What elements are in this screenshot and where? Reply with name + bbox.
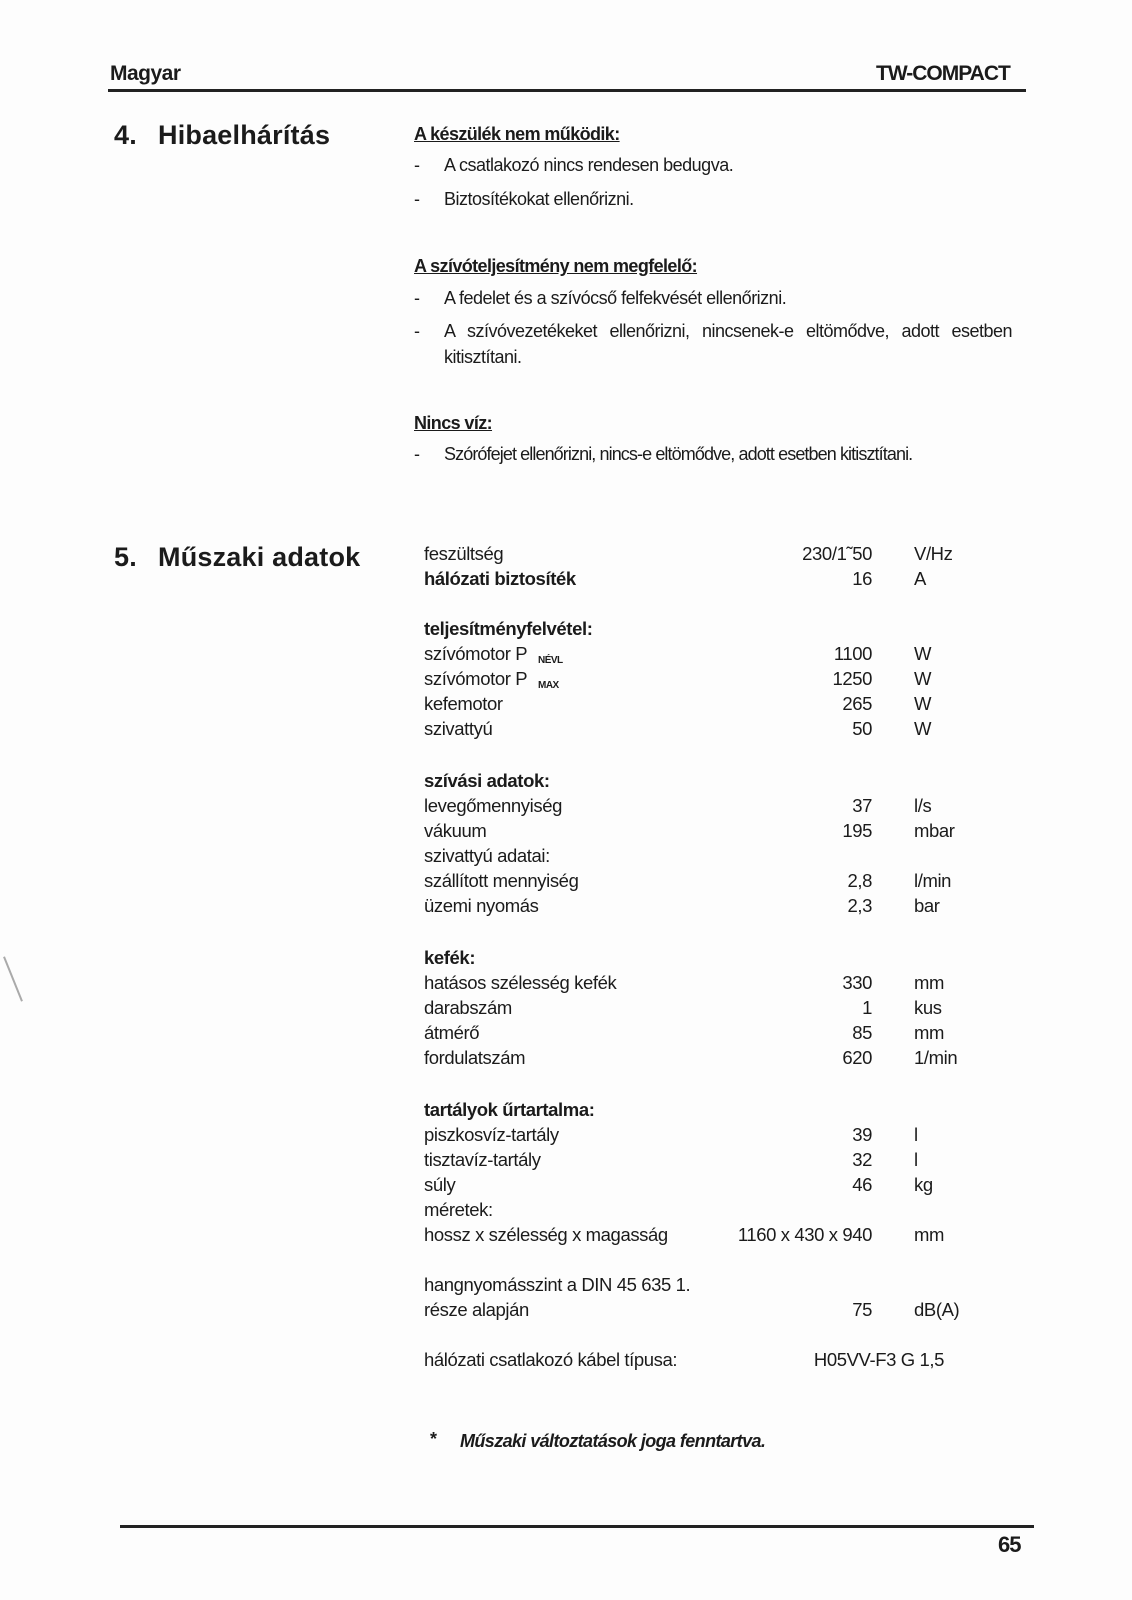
spec-label: kefék: — [424, 947, 475, 969]
spec-label: feszültség — [424, 543, 503, 565]
spec-value: 37 — [852, 795, 872, 817]
spec-row: tisztavíz-tartály32l — [424, 1149, 984, 1175]
spec-row: kefék: — [424, 947, 984, 973]
spec-unit: W — [914, 718, 931, 740]
spec-unit: l/s — [914, 795, 931, 817]
spec-unit: W — [914, 643, 931, 665]
spec-unit: mm — [914, 972, 944, 994]
spec-label: szivattyú — [424, 718, 492, 740]
spec-row: vákuum195mbar — [424, 820, 984, 846]
spec-label: része alapján — [424, 1299, 529, 1321]
spec-unit: W — [914, 668, 931, 690]
bullet-dash: - — [414, 152, 420, 178]
spec-label: teljesítményfelvétel: — [424, 618, 592, 640]
spec-label: méretek: — [424, 1199, 493, 1221]
bullet-dash: - — [414, 186, 420, 212]
section-4-title: 4.Hibaelhárítás — [114, 120, 330, 151]
troubleshoot-heading-1: A készülék nem működik: — [414, 124, 620, 145]
section-title-text: Műszaki adatok — [158, 542, 360, 572]
spec-value: 39 — [852, 1124, 872, 1146]
spec-unit: kg — [914, 1174, 933, 1196]
spec-label-subscript: NÉVL — [538, 655, 563, 666]
spec-unit: W — [914, 693, 931, 715]
spec-label: kefemotor — [424, 693, 503, 715]
footer-divider — [120, 1525, 1034, 1528]
spec-row: szívási adatok: — [424, 770, 984, 796]
spec-row: hatásos szélesség kefék330mm — [424, 972, 984, 998]
header-language: Magyar — [110, 62, 181, 86]
header-divider — [108, 89, 1026, 92]
section-number: 5. — [114, 542, 158, 573]
spec-label: levegőmennyiség — [424, 795, 562, 817]
spec-value: 1100 — [834, 643, 872, 665]
spec-row: szivattyú50W — [424, 718, 984, 744]
spec-label: szívási adatok: — [424, 770, 550, 792]
scan-artifact — [3, 956, 23, 1001]
spec-unit: l/min — [914, 870, 951, 892]
spec-unit: mm — [914, 1224, 944, 1246]
section-5-title: 5.Műszaki adatok — [114, 542, 360, 573]
section-title-text: Hibaelhárítás — [158, 120, 330, 150]
page-number: 65 — [998, 1532, 1020, 1558]
troubleshoot-heading-3: Nincs víz: — [414, 413, 492, 434]
spec-unit: l — [914, 1149, 918, 1171]
spec-value: 1160 x 430 x 940 — [738, 1224, 872, 1246]
spec-row: szívómotor PMAX1250W — [424, 668, 984, 694]
spec-label: szivattyú adatai: — [424, 845, 550, 867]
spec-label: hálózati biztosíték — [424, 568, 576, 590]
troubleshoot-heading-2: A szívóteljesítmény nem megfelelő: — [414, 256, 697, 277]
spec-value: 2,3 — [847, 895, 872, 917]
spec-value: 265 — [842, 693, 872, 715]
spec-unit: mm — [914, 1022, 944, 1044]
spec-unit: mbar — [914, 820, 955, 842]
spec-label: átmérő — [424, 1022, 479, 1044]
spec-row: hangnyomásszint a DIN 45 635 1. — [424, 1274, 984, 1300]
spec-label: szívómotor P — [424, 643, 527, 665]
spec-row: kefemotor265W — [424, 693, 984, 719]
spec-label: tisztavíz-tartály — [424, 1149, 541, 1171]
spec-label: vákuum — [424, 820, 486, 842]
spec-unit: kus — [914, 997, 942, 1019]
spec-value: 16 — [852, 568, 872, 590]
spec-value: 2,8 — [847, 870, 872, 892]
spec-label: hangnyomásszint a DIN 45 635 1. — [424, 1274, 690, 1296]
spec-unit: A — [914, 568, 926, 590]
spec-value: 330 — [842, 972, 872, 994]
spec-label: hálózati csatlakozó kábel típusa: — [424, 1349, 677, 1371]
spec-row: fordulatszám6201/min — [424, 1047, 984, 1073]
spec-row: üzemi nyomás2,3bar — [424, 895, 984, 921]
spec-value: 50 — [852, 718, 872, 740]
spec-label: szállított mennyiség — [424, 870, 578, 892]
spec-value: 230/1˜50 — [802, 543, 872, 565]
bullet-dash: - — [414, 441, 420, 467]
spec-row: része alapján75dB(A) — [424, 1299, 984, 1325]
spec-row: piszkosvíz-tartály39l — [424, 1124, 984, 1150]
spec-unit: l — [914, 1124, 918, 1146]
spec-value: 1 — [862, 997, 872, 1019]
spec-row: tartályok űrtartalma: — [424, 1099, 984, 1125]
spec-label: piszkosvíz-tartály — [424, 1124, 559, 1146]
spec-label: üzemi nyomás — [424, 895, 538, 917]
bullet-dash: - — [414, 285, 420, 311]
spec-row: hálózati csatlakozó kábel típusa:H05VV-F… — [424, 1349, 984, 1375]
spec-value: 75 — [852, 1299, 872, 1321]
spec-label: darabszám — [424, 997, 512, 1019]
spec-row: súly46kg — [424, 1174, 984, 1200]
spec-row: teljesítményfelvétel: — [424, 618, 984, 644]
spec-row: hálózati biztosíték16A — [424, 568, 984, 594]
spec-value: 85 — [852, 1022, 872, 1044]
spec-value: 620 — [842, 1047, 872, 1069]
spec-unit: bar — [914, 895, 940, 917]
spec-label: hossz x szélesség x magasság — [424, 1224, 668, 1246]
spec-label: szívómotor P — [424, 668, 527, 690]
spec-label: hatásos szélesség kefék — [424, 972, 616, 994]
spec-label: fordulatszám — [424, 1047, 525, 1069]
spec-row: méretek: — [424, 1199, 984, 1225]
spec-row: levegőmennyiség37l/s — [424, 795, 984, 821]
bullet-dash: - — [414, 318, 420, 344]
spec-unit: 1/min — [914, 1047, 957, 1069]
spec-label: tartályok űrtartalma: — [424, 1099, 595, 1121]
spec-row: darabszám1kus — [424, 997, 984, 1023]
footnote-marker: * — [430, 1429, 436, 1450]
spec-value: 195 — [842, 820, 872, 842]
spec-row: feszültség230/1˜50V/Hz — [424, 543, 984, 569]
spec-label-subscript: MAX — [538, 680, 559, 691]
section-number: 4. — [114, 120, 158, 151]
spec-label: súly — [424, 1174, 455, 1196]
spec-value: 32 — [852, 1149, 872, 1171]
spec-unit: V/Hz — [914, 543, 953, 565]
spec-row: szívómotor PNÉVL1100W — [424, 643, 984, 669]
spec-row: hossz x szélesség x magasság1160 x 430 x… — [424, 1224, 984, 1250]
spec-unit: dB(A) — [914, 1299, 959, 1321]
spec-value: H05VV-F3 G 1,5 — [814, 1349, 944, 1371]
header-product: TW-COMPACT — [876, 62, 1010, 86]
spec-row: szivattyú adatai: — [424, 845, 984, 871]
spec-value: 1250 — [832, 668, 872, 690]
spec-value: 46 — [852, 1174, 872, 1196]
spec-row: szállított mennyiség2,8l/min — [424, 870, 984, 896]
footnote-text: Műszaki változtatások joga fenntartva. — [460, 1431, 765, 1452]
spec-row: átmérő85mm — [424, 1022, 984, 1048]
